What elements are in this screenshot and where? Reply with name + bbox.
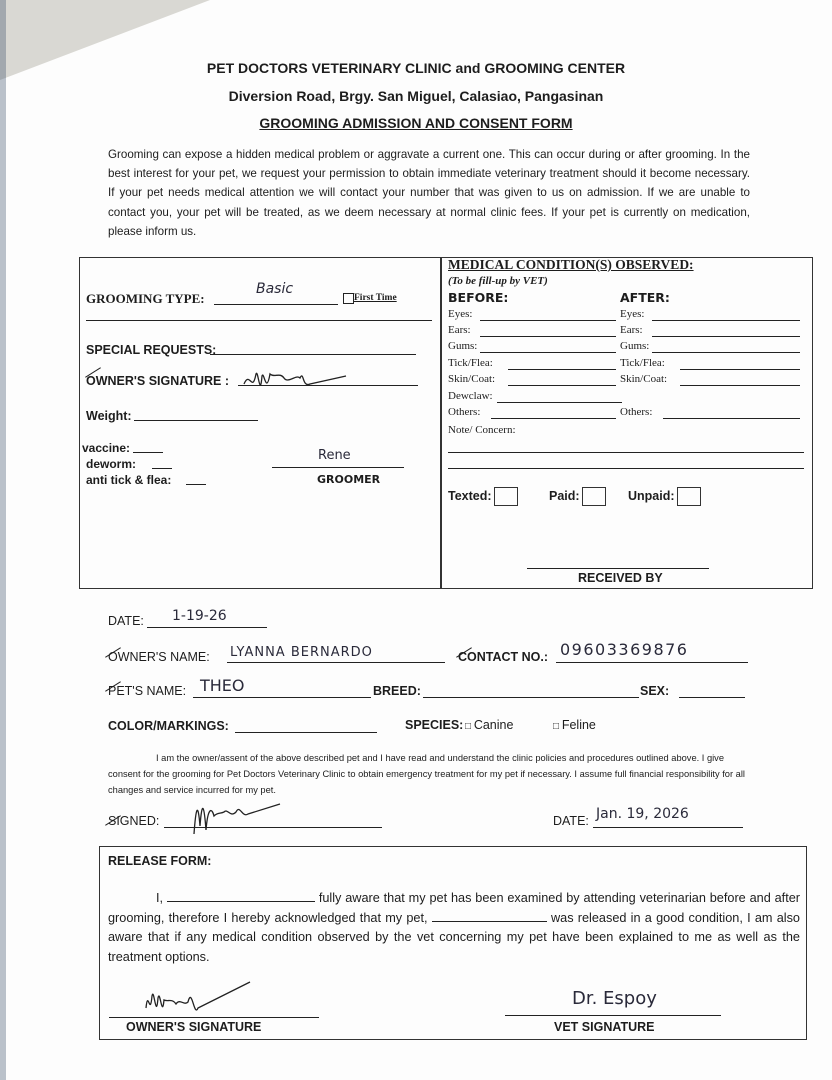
release-form-text: I, fully aware that my pet has been exam… (108, 889, 800, 967)
anti-tick-input[interactable] (186, 484, 206, 485)
clinic-name: PET DOCTORS VETERINARY CLINIC and GROOMI… (0, 60, 832, 76)
note-line-2[interactable] (448, 468, 804, 469)
owner-name-value[interactable]: LYANNA BERNARDO (230, 645, 373, 660)
first-time-label: First Time (354, 293, 397, 303)
release-pet-name-input[interactable] (432, 910, 547, 922)
intro-paragraph: Grooming can expose a hidden medical pro… (108, 145, 750, 241)
weight-input[interactable] (134, 420, 258, 421)
texted-checkbox[interactable] (494, 487, 518, 506)
release-form-title: RELEASE FORM: (108, 854, 211, 868)
species-canine-option[interactable]: □ Canine (465, 718, 513, 732)
before-field-input[interactable] (491, 418, 616, 419)
form-title: GROOMING ADMISSION AND CONSENT FORM (0, 115, 832, 131)
contact-value[interactable]: 09603369876 (560, 640, 688, 659)
grooming-type-value[interactable]: Basic (256, 281, 293, 297)
after-field-input[interactable] (680, 369, 800, 370)
deworm-label: deworm: (86, 457, 136, 471)
scan-edge (0, 0, 6, 1080)
color-label: COLOR/MARKINGS: (108, 719, 229, 733)
after-field-input[interactable] (652, 352, 800, 353)
before-field-label: Eyes: (448, 308, 472, 320)
release-text-1: I, (108, 891, 163, 905)
unpaid-checkbox[interactable] (677, 487, 701, 506)
before-field-input[interactable] (497, 402, 622, 403)
release-owner-signature-label: OWNER'S SIGNATURE (126, 1020, 261, 1034)
unpaid-field: Unpaid: (628, 487, 701, 506)
vaccine-label: vaccine: (82, 441, 130, 455)
before-field-input[interactable] (480, 352, 616, 353)
groomer-line (272, 467, 404, 468)
owner-name-line (227, 662, 445, 663)
signed-date-line (593, 827, 743, 828)
breed-label: BREED: (373, 684, 421, 698)
owner-name-label: OWNER'S NAME: (108, 650, 210, 664)
paid-checkbox[interactable] (582, 487, 606, 506)
after-field-input[interactable] (652, 320, 800, 321)
species-feline-option[interactable]: □ Feline (553, 718, 596, 732)
date-line (147, 627, 267, 628)
signed-label: SIGNED: (108, 814, 159, 828)
before-field-label: Skin/Coat: (448, 373, 495, 385)
before-field-label: Others: (448, 406, 480, 418)
feline-checkbox-icon: □ (553, 721, 562, 732)
breed-input[interactable] (423, 697, 639, 698)
date-value[interactable]: 1-19-26 (172, 608, 227, 624)
after-field-input[interactable] (652, 336, 800, 337)
form-page: PET DOCTORS VETERINARY CLINIC and GROOMI… (0, 0, 832, 1080)
weight-label: Weight: (86, 409, 132, 423)
before-field-label: Dewclaw: (448, 390, 493, 402)
after-label: AFTER: (620, 290, 670, 305)
deworm-input[interactable] (152, 468, 172, 469)
vet-signature-label: VET SIGNATURE (554, 1020, 654, 1034)
before-field-label: Tick/Flea: (448, 357, 493, 369)
vet-signature-line[interactable] (505, 1015, 721, 1016)
first-time-checkbox[interactable] (343, 293, 354, 304)
paid-field: Paid: (549, 487, 606, 506)
anti-tick-label: anti tick & flea: (86, 473, 171, 487)
groomer-value[interactable]: Rene (318, 448, 351, 463)
before-field-input[interactable] (508, 385, 616, 386)
date-label: DATE: (108, 614, 144, 628)
sex-label: SEX: (640, 684, 669, 698)
vet-signature-value: Dr. Espoy (572, 988, 657, 1009)
feline-label: Feline (562, 718, 596, 732)
pet-name-value[interactable]: THEO (200, 676, 245, 695)
canine-label: Canine (474, 718, 514, 732)
canine-checkbox-icon: □ (465, 721, 474, 732)
before-field-input[interactable] (480, 336, 616, 337)
release-owner-name-input[interactable] (167, 890, 315, 902)
after-field-input[interactable] (680, 385, 800, 386)
after-field-input[interactable] (663, 418, 800, 419)
special-requests-label: SPECIAL REQUESTS: (86, 343, 216, 357)
after-field-label: Gums: (620, 340, 649, 352)
unpaid-label: Unpaid: (628, 489, 675, 503)
sex-input[interactable] (679, 697, 745, 698)
before-field-input[interactable] (508, 369, 616, 370)
vaccine-input[interactable] (133, 452, 163, 453)
texted-label: Texted: (448, 489, 492, 503)
owner-signature-label: OWNER'S SIGNATURE : (86, 374, 229, 388)
note-label: Note/ Concern: (448, 424, 516, 436)
special-requests-input[interactable] (210, 354, 416, 355)
grooming-type-line-2 (86, 320, 432, 321)
groomer-label: GROOMER (317, 473, 380, 486)
species-label: SPECIES: (405, 718, 463, 732)
before-field-label: Gums: (448, 340, 477, 352)
before-field-label: Ears: (448, 324, 471, 336)
contact-label: CONTACT NO.: (458, 650, 548, 664)
contact-line (556, 662, 748, 663)
medical-box (440, 257, 813, 589)
before-field-input[interactable] (480, 320, 616, 321)
consent-text: I am the owner/assent of the above descr… (108, 750, 751, 798)
signed-date-label: DATE: (553, 814, 589, 828)
paid-label: Paid: (549, 489, 580, 503)
after-field-label: Others: (620, 406, 652, 418)
signed-date-value[interactable]: Jan. 19, 2026 (596, 806, 689, 822)
after-field-label: Skin/Coat: (620, 373, 667, 385)
before-label: BEFORE: (448, 290, 508, 305)
owner-signature-scribble (240, 364, 350, 404)
medical-subtitle: (To be fill-up by VET) (448, 275, 548, 287)
after-field-label: Ears: (620, 324, 643, 336)
clinic-address: Diversion Road, Brgy. San Miguel, Calasi… (0, 88, 832, 104)
note-line-1[interactable] (448, 452, 804, 453)
medical-title: MEDICAL CONDITION(S) OBSERVED: (448, 257, 694, 273)
received-by-line[interactable] (527, 568, 709, 569)
signed-signature-scribble (180, 796, 290, 846)
texted-field: Texted: (448, 487, 518, 506)
pet-name-label: PET'S NAME: (108, 684, 186, 698)
received-by-label: RECEIVED BY (578, 571, 663, 585)
after-field-label: Tick/Flea: (620, 357, 665, 369)
grooming-type-line (214, 304, 338, 305)
color-input[interactable] (235, 732, 377, 733)
after-field-label: Eyes: (620, 308, 644, 320)
pet-name-line (193, 697, 371, 698)
grooming-type-label: GROOMING TYPE: (86, 291, 205, 307)
